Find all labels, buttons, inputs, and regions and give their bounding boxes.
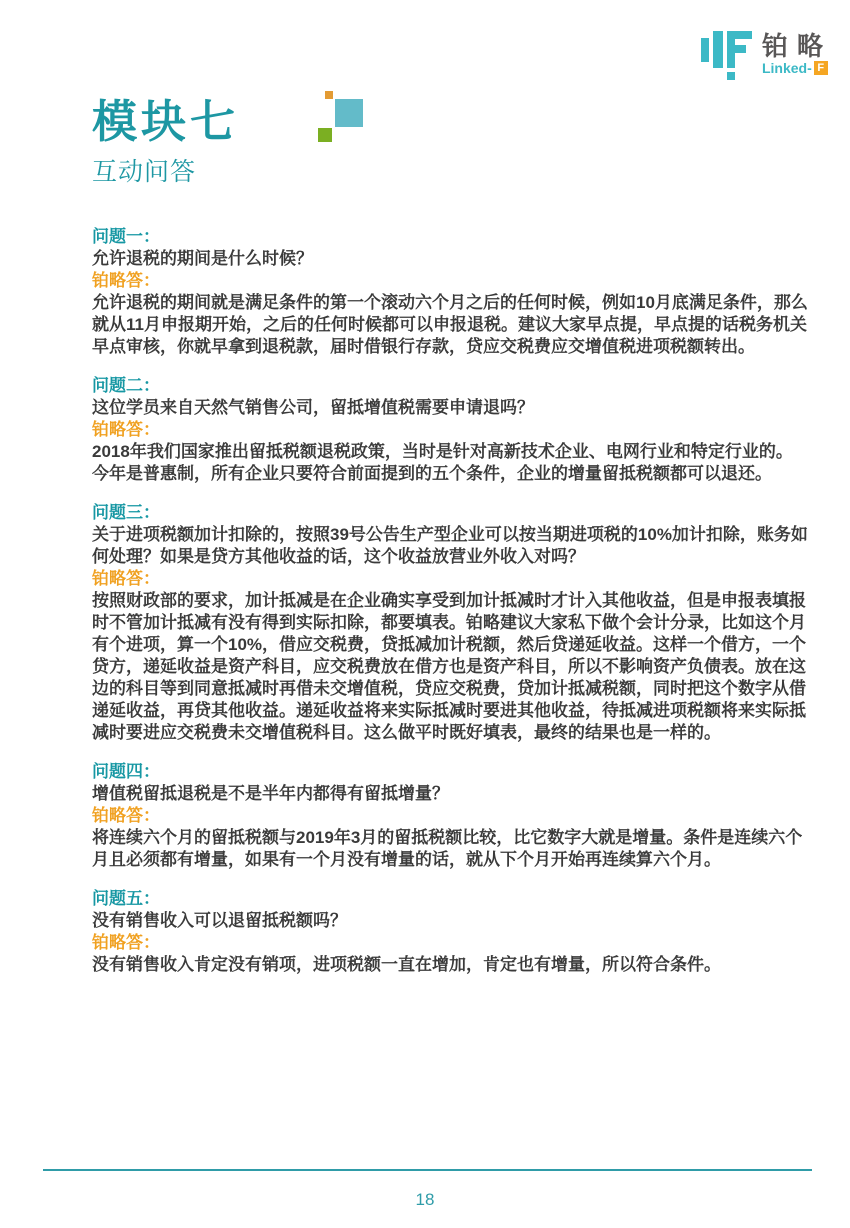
brand-f-badge: F [814,61,828,75]
brand-text: 铂略 Linked-F [762,28,832,76]
answer-label: 铂略答： [92,568,808,590]
answer-label: 铂略答： [92,270,808,292]
answer-label: 铂略答： [92,932,808,954]
answer-label: 铂略答： [92,805,808,827]
question-text: 增值税留抵退税是不是半年内都得有留抵增量？ [92,783,808,805]
brand-name-en: Linked-F [762,60,832,76]
question-label: 问题二： [92,375,808,397]
decor-square-teal [335,99,363,127]
question-text: 没有销售收入可以退留抵税额吗？ [92,910,808,932]
brand-en-prefix: Linked- [762,60,812,76]
brand-name-cn: 铂略 [762,32,832,60]
qa-section-1: 问题一： 允许退税的期间是什么时候？ 铂略答： 允许退税的期间就是满足条件的第一… [92,226,808,358]
question-text: 这位学员来自天然气销售公司，留抵增值税需要申请退吗？ [92,397,808,419]
qa-section-5: 问题五： 没有销售收入可以退留抵税额吗？ 铂略答： 没有销售收入肯定没有销项，进… [92,888,808,976]
qa-section-2: 问题二： 这位学员来自天然气销售公司，留抵增值税需要申请退吗？ 铂略答： 201… [92,375,808,485]
question-label: 问题四： [92,761,808,783]
qa-content: 问题一： 允许退税的期间是什么时候？ 铂略答： 允许退税的期间就是满足条件的第一… [92,226,808,993]
answer-text: 允许退税的期间就是满足条件的第一个滚动六个月之后的任何时候，例如10月底满足条件… [92,292,808,358]
qa-section-4: 问题四： 增值税留抵退税是不是半年内都得有留抵增量？ 铂略答： 将连续六个月的留… [92,761,808,871]
answer-text: 按照财政部的要求，加计抵减是在企业确实享受到加计抵减时才计入其他收益，但是申报表… [92,590,808,744]
module-title: 模块七 [92,96,239,148]
qa-section-3: 问题三： 关于进项税额加计扣除的，按照39号公告生产型企业可以按当期进项税的10… [92,502,808,744]
answer-text: 没有销售收入肯定没有销项，进项税额一直在增加，肯定也有增量，所以符合条件。 [92,954,808,976]
question-label: 问题一： [92,226,808,248]
answer-label: 铂略答： [92,419,808,441]
question-label: 问题三： [92,502,808,524]
page-number: 18 [0,1190,850,1210]
question-text: 关于进项税额加计扣除的，按照39号公告生产型企业可以按当期进项税的10%加计扣除… [92,524,808,568]
decor-square-green [318,128,332,142]
answer-text: 将连续六个月的留抵税额与2019年3月的留抵税额比较，比它数字大就是增量。条件是… [92,827,808,871]
decor-square-orange [325,91,333,99]
decor-squares [316,90,368,146]
question-label: 问题五： [92,888,808,910]
question-text: 允许退税的期间是什么时候？ [92,248,808,270]
answer-text: 2018年我们国家推出留抵税额退税政策，当时是针对高新技术企业、电网行业和特定行… [92,441,808,485]
brand-logo: 铂略 Linked-F [701,28,832,80]
title-block: 模块七 互动问答 [92,96,239,188]
module-subtitle: 互动问答 [92,158,239,188]
linked-f-monogram-icon [701,28,753,80]
footer-divider [43,1169,812,1171]
